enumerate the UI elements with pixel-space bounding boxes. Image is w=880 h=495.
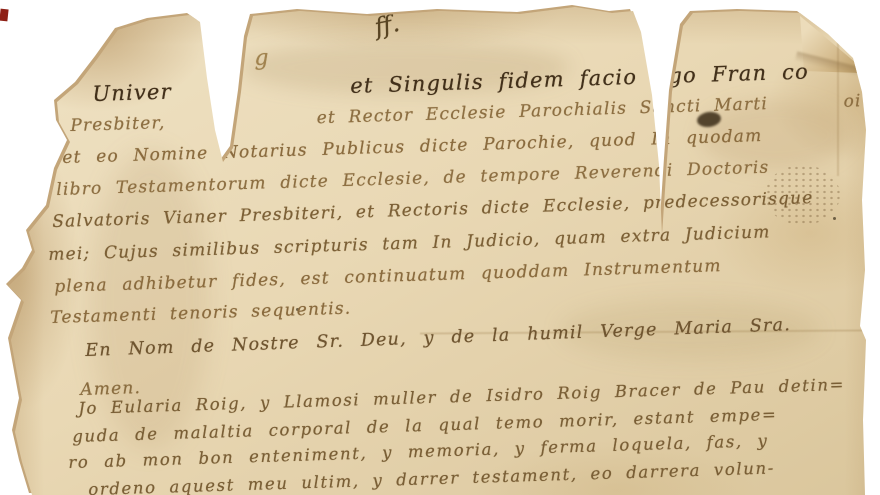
speck: [833, 217, 836, 220]
marginal-mark: g: [254, 46, 270, 71]
speck: [8, 172, 11, 175]
manuscript-photo: ff. g Univer et Singulis fidem facio Ego…: [0, 0, 880, 495]
manuscript-line-latin-8: Testamenti tenoris sequentis.: [50, 299, 352, 328]
manuscript-line-latin-7: plena adhibetur fides, est continuatum q…: [54, 256, 722, 297]
paper-sheet: ff. g Univer et Singulis fidem facio Ego…: [0, 0, 880, 495]
red-corner-mark: [0, 9, 9, 22]
